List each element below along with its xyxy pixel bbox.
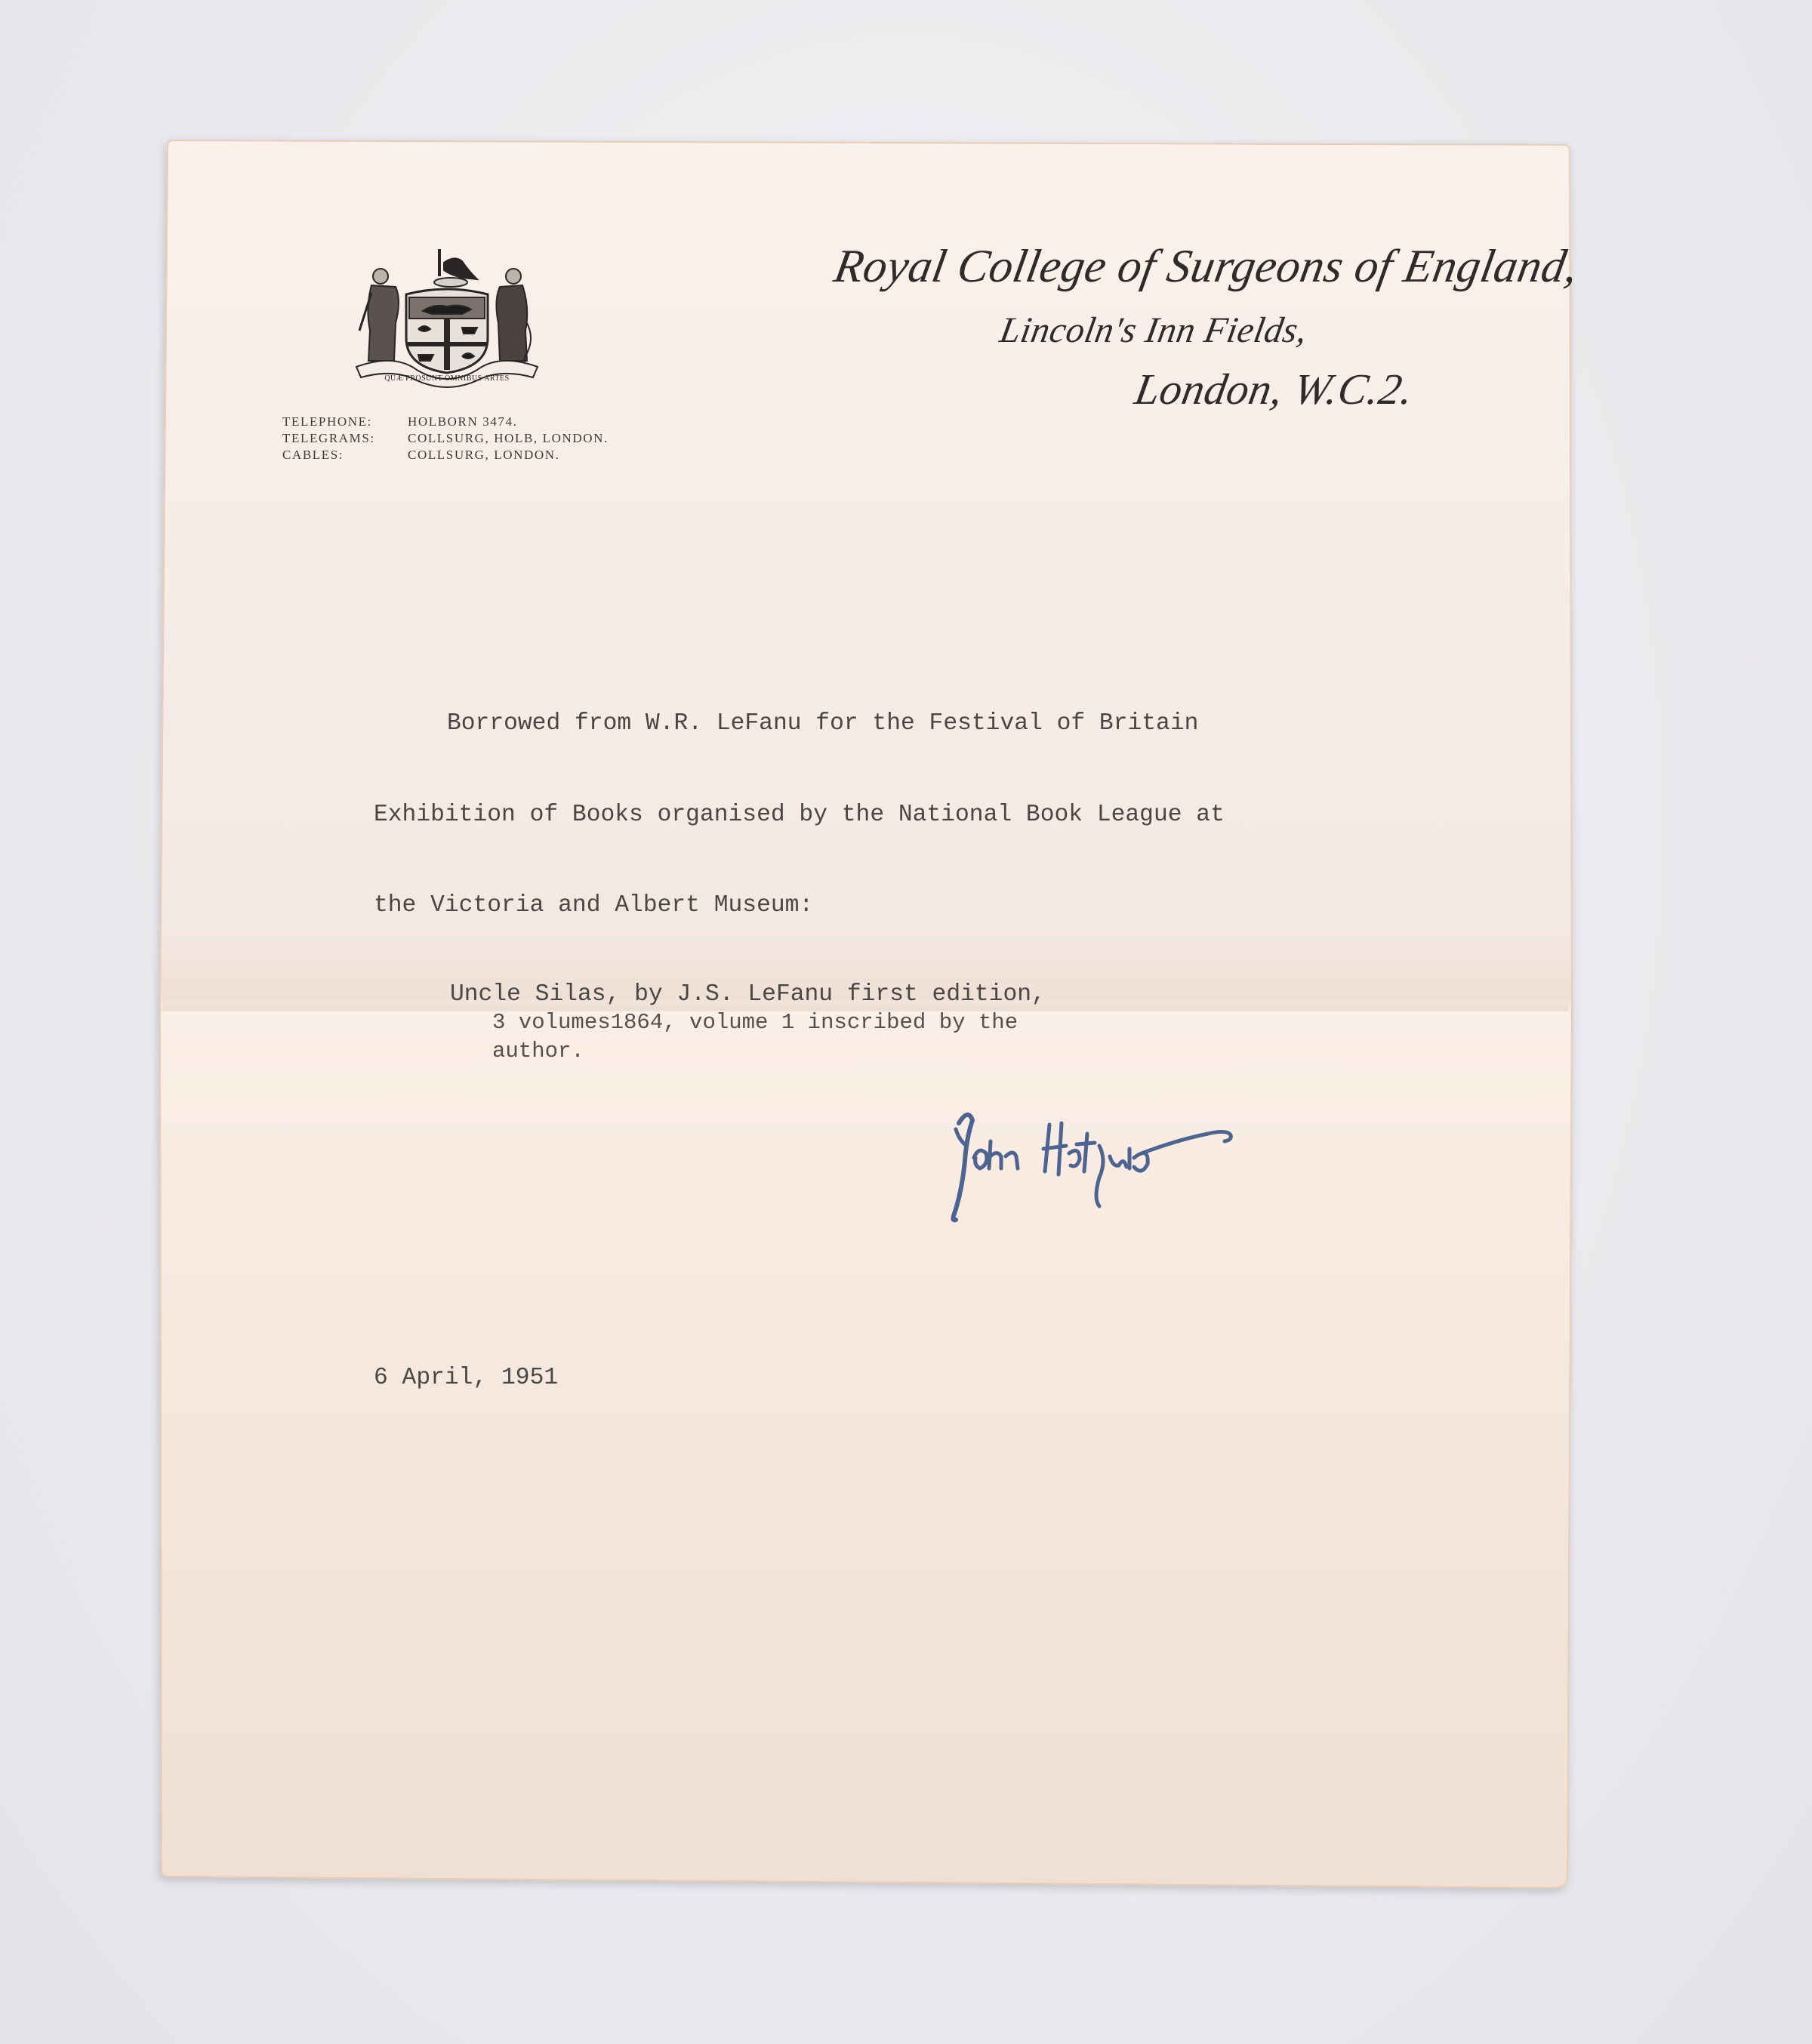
item-line: author. — [492, 1040, 584, 1062]
body-line: Borrowed from W.R. LeFanu for the Festiv… — [447, 712, 1198, 735]
contact-value: COLLSURG, LONDON. — [408, 447, 559, 463]
institution-name: Royal College of Surgeons of England, — [830, 240, 1582, 294]
body-line: the Victoria and Albert Museum: — [374, 894, 813, 917]
item-line: 3 volumes1864, volume 1 inscribed by the — [492, 1011, 1018, 1033]
letter-date: 6 April, 1951 — [374, 1366, 558, 1390]
contact-row-cables: CABLES: COLLSURG, LONDON. — [282, 447, 609, 463]
item-line: Uncle Silas, by J.S. LeFanu first editio… — [450, 983, 1046, 1006]
address-city: London, W.C.2. — [1131, 364, 1417, 414]
contact-label: CABLES: — [282, 447, 408, 463]
contact-row-telephone: TELEPHONE: HOLBORN 3474. — [282, 414, 609, 430]
body-line: Exhibition of Books organised by the Nat… — [374, 803, 1225, 827]
address-street: Lincoln's Inn Fields, — [997, 309, 1311, 351]
contact-label: TELEGRAMS: — [282, 430, 408, 447]
svg-text:QUÆ PROSUNT OMNIBUS ARTES: QUÆ PROSUNT OMNIBUS ARTES — [384, 374, 509, 383]
letter-document: QUÆ PROSUNT OMNIBUS ARTES TELEPHONE: HOL… — [0, 0, 1812, 2044]
handwritten-signature: John Hatfield — [929, 1093, 1246, 1229]
letterhead-contacts: TELEPHONE: HOLBORN 3474. TELEGRAMS: COLL… — [282, 414, 609, 463]
coat-of-arms-crest-icon: QUÆ PROSUNT OMNIBUS ARTES — [349, 240, 545, 388]
contact-value: HOLBORN 3474. — [408, 414, 517, 430]
contact-label: TELEPHONE: — [282, 414, 408, 430]
contact-value: COLLSURG, HOLB, LONDON. — [408, 430, 609, 447]
contact-row-telegrams: TELEGRAMS: COLLSURG, HOLB, LONDON. — [282, 430, 609, 447]
